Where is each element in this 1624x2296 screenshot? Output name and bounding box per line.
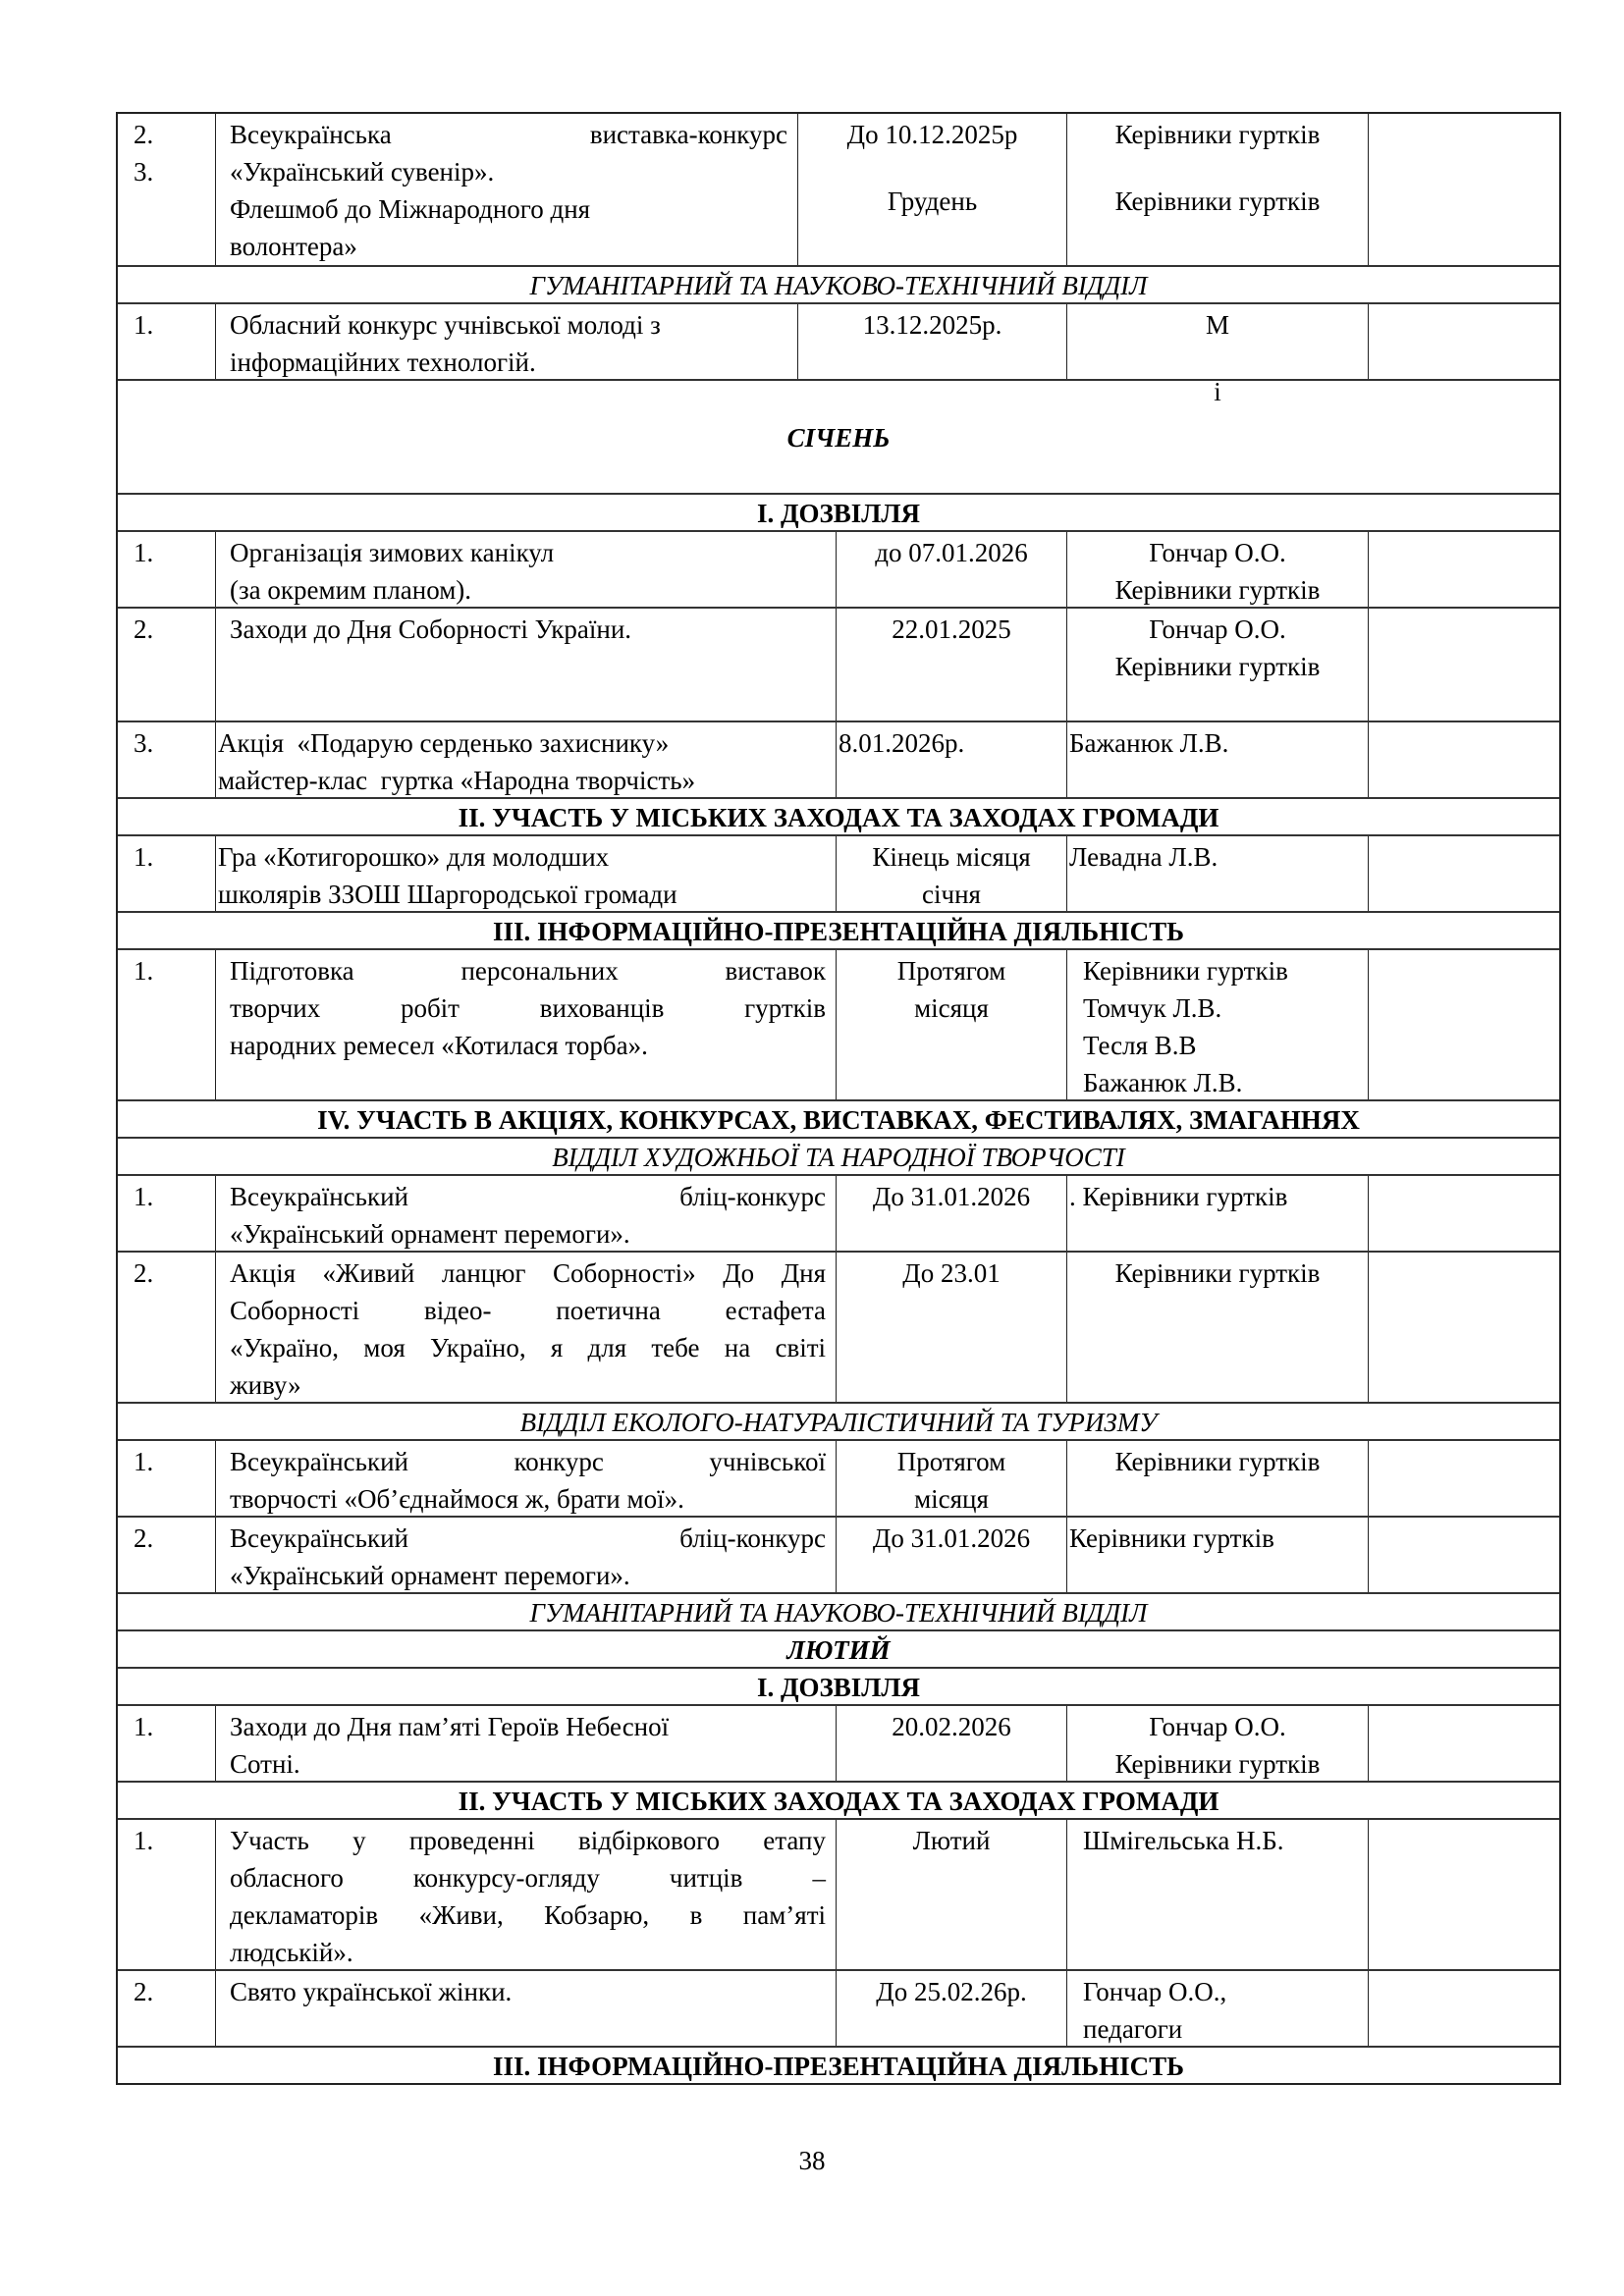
row-number: 1. <box>118 1706 216 1781</box>
spacer <box>798 153 1066 183</box>
row-number: 1. <box>118 950 216 1099</box>
description-line: (за окремим планом). <box>230 571 826 609</box>
responsible-line: Керівники гуртків <box>1067 1745 1368 1783</box>
responsible-line: Шмігельська Н.Б. <box>1083 1822 1368 1859</box>
description-line: Соборності відео- поетична естафета <box>230 1292 826 1329</box>
table-row: 1.Гра «Котигорошко» для молодшихшколярів… <box>118 834 1559 911</box>
description-line: «Україно, моя Україно, я для тебе на сві… <box>230 1329 826 1366</box>
page-number: 38 <box>0 2146 1624 2176</box>
row-number: 2. <box>118 1253 216 1402</box>
section-heading: ІІ. УЧАСТЬ У МІСЬКИХ ЗАХОДАХ ТА ЗАХОДАХ … <box>118 797 1559 834</box>
responsible-person: Керівники гуртків <box>1067 1253 1369 1402</box>
responsible-person: . Керівники гуртків <box>1067 1176 1369 1251</box>
event-description: Акція «Подарую серденько захиснику»майст… <box>216 722 837 797</box>
row-number: 1. <box>118 1820 216 1969</box>
date-line: Протягом <box>837 1443 1066 1480</box>
event-description: Організація зимових канікул(за окремим п… <box>216 532 837 607</box>
department-heading: ГУМАНІТАРНИЙ ТА НАУКОВО-ТЕХНІЧНИЙ ВІДДІЛ <box>118 1592 1559 1629</box>
description-line: Організація зимових канікул <box>230 534 826 571</box>
date-line: Кінець місяця <box>837 838 1066 876</box>
responsible-person: Левадна Л.В. <box>1067 836 1369 911</box>
description-line: «Український орнамент перемоги». <box>230 1215 826 1253</box>
responsible-person: Керівники гуртків <box>1067 1518 1369 1592</box>
row-number: 2. <box>118 1971 216 2046</box>
table-row: 1.Всеукраїнський конкурс учнівськоїтворч… <box>118 1439 1559 1516</box>
notes-cell <box>1369 836 1559 911</box>
event-date: До 31.01.2026 <box>837 1176 1067 1251</box>
responsible-person: Гончар О.О.Керівники гуртків <box>1067 609 1369 721</box>
description-line: волонтера» <box>230 228 787 265</box>
event-date: Лютий <box>837 1820 1067 1969</box>
responsible-line: Керівники гуртків <box>1067 116 1368 153</box>
description-line: декламаторів «Живи, Кобзарю, в пам’яті <box>230 1896 826 1934</box>
description-line: Заходи до Дня Соборності України. <box>230 611 826 648</box>
responsible-line: Керівники гуртків <box>1069 1520 1368 1557</box>
table-row: 1.Участь у проведенні відбіркового етапу… <box>118 1818 1559 1969</box>
description-line: «Український сувенір». <box>230 153 787 190</box>
row-number: 1. <box>118 532 216 607</box>
responsible-line: Гончар О.О., <box>1083 1973 1368 2010</box>
responsible-person: Керівники гуртків <box>1067 1441 1369 1516</box>
row-number: 1. <box>118 304 216 379</box>
description-line: Акція «Подарую серденько захиснику» <box>218 724 826 762</box>
event-date: 8.01.2026р. <box>837 722 1067 797</box>
description-line: народних ремесел «Котилася торба». <box>230 1027 826 1064</box>
event-date: 13.12.2025р. <box>798 304 1067 379</box>
responsible-person: Керівники гуртків Керівники гуртків <box>1067 114 1369 265</box>
section-heading: IV. УЧАСТЬ В АКЦІЯХ, КОНКУРСАХ, ВИСТАВКА… <box>118 1099 1559 1137</box>
description-line: інформаційних технологій. <box>230 344 787 381</box>
description-line: «Український орнамент перемоги». <box>230 1557 826 1594</box>
description-line: Акція «Живий ланцюг Соборності» До Дня <box>230 1255 826 1292</box>
description-line: майстер-клас гуртка «Народна творчість» <box>218 762 826 799</box>
event-description: Підготовка персональних виставоктворчих … <box>216 950 837 1099</box>
table-row: 2.Всеукраїнський бліц-конкурс«Українськи… <box>118 1516 1559 1592</box>
month-heading: СІЧЕНЬ <box>118 379 1559 493</box>
description-line: Свято української жінки. <box>230 1973 826 2010</box>
notes-cell <box>1369 722 1559 797</box>
description-line: обласного конкурсу-огляду читців – <box>230 1859 826 1896</box>
description-line: Флешмоб до Міжнародного дня <box>230 190 787 228</box>
event-description: Обласний конкурс учнівської молоді зінфо… <box>216 304 798 379</box>
event-description: Акція «Живий ланцюг Соборності» До ДняСо… <box>216 1253 837 1402</box>
row-number: 1. <box>118 1176 216 1251</box>
description-line: Сотні. <box>230 1745 826 1783</box>
event-description: Свято української жінки. <box>216 1971 837 2046</box>
notes-cell <box>1369 1971 1559 2046</box>
responsible-line: Керівники гуртків <box>1067 183 1368 220</box>
description-line: школярів ЗЗОШ Шаргородської громади <box>218 876 826 913</box>
responsible-person: Гончар О.О.Керівники гуртків <box>1067 1706 1369 1781</box>
row-number-text: 2. <box>134 116 215 153</box>
responsible-line: . Керівники гуртків <box>1069 1178 1368 1215</box>
responsible-line: Бажанюк Л.В. <box>1069 724 1368 762</box>
notes-cell <box>1369 532 1559 607</box>
row-number: 2.3. <box>118 114 216 265</box>
responsible-line: Левадна Л.В. <box>1069 838 1368 876</box>
responsible-line: Тесля В.В <box>1083 1027 1368 1064</box>
description-line: живу» <box>230 1366 826 1404</box>
event-description: Всеукраїнський бліц-конкурс«Український … <box>216 1176 837 1251</box>
date-line: До 10.12.2025р <box>798 116 1066 153</box>
row-number: 3. <box>118 722 216 797</box>
responsible-line: педагоги <box>1083 2010 1368 2048</box>
date-line: січня <box>837 876 1066 913</box>
row-number: 2. <box>118 609 216 721</box>
responsible-line: Керівники гуртків <box>1067 648 1368 685</box>
event-description: Участь у проведенні відбіркового етапуоб… <box>216 1820 837 1969</box>
section-heading: І. ДОЗВІЛЛЯ <box>118 493 1559 530</box>
responsible-person: Гончар О.О.Керівники гуртків <box>1067 532 1369 607</box>
description-line: Всеукраїнський конкурс учнівської <box>230 1443 826 1480</box>
document-page: 2.3.Всеукраїнська виставка-конкурс«Украї… <box>0 0 1624 2296</box>
table-row: 1.Всеукраїнський бліц-конкурс«Українськи… <box>118 1174 1559 1251</box>
notes-cell <box>1369 1176 1559 1251</box>
event-date: Протягоммісяця <box>837 950 1067 1099</box>
responsible-line: Керівники гуртків <box>1083 952 1368 989</box>
table-row: 1.Організація зимових канікул(за окремим… <box>118 530 1559 607</box>
description-line: Заходи до Дня пам’яті Героїв Небесної <box>230 1708 826 1745</box>
event-date: Протягоммісяця <box>837 1441 1067 1516</box>
row-number-text: 3. <box>134 153 215 190</box>
date-line: Грудень <box>798 183 1066 220</box>
table-row: 1.Підготовка персональних виставоктворчи… <box>118 948 1559 1099</box>
event-date: До 23.01 <box>837 1253 1067 1402</box>
description-line: Обласний конкурс учнівської молоді з <box>230 306 787 344</box>
notes-cell <box>1369 1706 1559 1781</box>
description-line: Гра «Котигорошко» для молодших <box>218 838 826 876</box>
description-line: творчих робіт вихованців гуртків <box>230 989 826 1027</box>
plan-table: 2.3.Всеукраїнська виставка-конкурс«Украї… <box>116 112 1561 2085</box>
month-heading: ЛЮТИЙ <box>118 1629 1559 1667</box>
event-date: Кінець місяцясічня <box>837 836 1067 911</box>
table-row: 3.Акція «Подарую серденько захиснику»май… <box>118 721 1559 797</box>
spacer <box>1067 344 1368 373</box>
event-description: Заходи до Дня Соборності України. <box>216 609 837 721</box>
notes-cell <box>1369 1253 1559 1402</box>
department-heading: ВІДДІЛ ХУДОЖНЬОЇ ТА НАРОДНОЇ ТВОРЧОСТІ <box>118 1137 1559 1174</box>
row-number: 2. <box>118 1518 216 1592</box>
section-heading: ІІ. УЧАСТЬ У МІСЬКИХ ЗАХОДАХ ТА ЗАХОДАХ … <box>118 1781 1559 1818</box>
spacer <box>1067 153 1368 183</box>
responsible-person: Бажанюк Л.В. <box>1067 722 1369 797</box>
event-description: Гра «Котигорошко» для молодшихшколярів З… <box>216 836 837 911</box>
responsible-person: Шмігельська Н.Б. <box>1067 1820 1369 1969</box>
row-number: 1. <box>118 836 216 911</box>
event-description: Заходи до Дня пам’яті Героїв НебесноїСот… <box>216 1706 837 1781</box>
notes-cell <box>1369 1441 1559 1516</box>
event-date: 20.02.2026 <box>837 1706 1067 1781</box>
description-line: Всеукраїнська виставка-конкурс <box>230 116 787 153</box>
event-date: До 31.01.2026 <box>837 1518 1067 1592</box>
responsible-line: Керівники гуртків <box>1067 571 1368 609</box>
section-heading: ІІІ. ІНФОРМАЦІЙНО-ПРЕЗЕНТАЦІЙНА ДІЯЛЬНІС… <box>118 2046 1559 2083</box>
responsible-person: М і <box>1067 304 1369 379</box>
description-line: Підготовка персональних виставок <box>230 952 826 989</box>
responsible-line: Керівники гуртків <box>1067 1443 1368 1480</box>
date-line: місяця <box>837 989 1066 1027</box>
table-row: 2.Акція «Живий ланцюг Соборності» До Дня… <box>118 1251 1559 1402</box>
event-description: Всеукраїнський конкурс учнівськоїтворчос… <box>216 1441 837 1516</box>
description-line: людській». <box>230 1934 826 1971</box>
description-line: творчості «Об’єднаймося ж, брати мої». <box>230 1480 826 1518</box>
responsible-line: М <box>1067 306 1368 344</box>
notes-cell <box>1369 304 1559 379</box>
department-heading: ВІДДІЛ ЕКОЛОГО-НАТУРАЛІСТИЧНИЙ ТА ТУРИЗМ… <box>118 1402 1559 1439</box>
table-row: 1.Заходи до Дня пам’яті Героїв НебесноїС… <box>118 1704 1559 1781</box>
section-heading: ІІІ. ІНФОРМАЦІЙНО-ПРЕЗЕНТАЦІЙНА ДІЯЛЬНІС… <box>118 911 1559 948</box>
responsible-person: Керівники гуртківТомчук Л.В.Тесля В.ВБаж… <box>1067 950 1369 1099</box>
event-description: Всеукраїнська виставка-конкурс«Українськ… <box>216 114 798 265</box>
notes-cell <box>1369 950 1559 1099</box>
event-date: до 07.01.2026 <box>837 532 1067 607</box>
responsible-line: Гончар О.О. <box>1067 611 1368 648</box>
table-row: 2.Свято української жінки.До 25.02.26р.Г… <box>118 1969 1559 2046</box>
event-date: До 10.12.2025р Грудень <box>798 114 1067 265</box>
table-row: 2.3.Всеукраїнська виставка-конкурс«Украї… <box>118 114 1559 265</box>
event-description: Всеукраїнський бліц-конкурс«Український … <box>216 1518 837 1592</box>
description-line: Участь у проведенні відбіркового етапу <box>230 1822 826 1859</box>
notes-cell <box>1369 1518 1559 1592</box>
responsible-line: Гончар О.О. <box>1067 534 1368 571</box>
row-number: 1. <box>118 1441 216 1516</box>
notes-cell <box>1369 609 1559 721</box>
event-date: 22.01.2025 <box>837 609 1067 721</box>
table-row: 1.Обласний конкурс учнівської молоді зін… <box>118 302 1559 379</box>
table-row: 2.Заходи до Дня Соборності України.22.01… <box>118 607 1559 721</box>
event-date: До 25.02.26р. <box>837 1971 1067 2046</box>
responsible-line: Томчук Л.В. <box>1083 989 1368 1027</box>
notes-cell <box>1369 1820 1559 1969</box>
department-heading: ГУМАНІТАРНИЙ ТА НАУКОВО-ТЕХНІЧНИЙ ВІДДІЛ <box>118 265 1559 302</box>
description-line: Всеукраїнський бліц-конкурс <box>230 1520 826 1557</box>
responsible-line: Керівники гуртків <box>1067 1255 1368 1292</box>
notes-cell <box>1369 114 1559 265</box>
date-line: Протягом <box>837 952 1066 989</box>
date-line: місяця <box>837 1480 1066 1518</box>
description-line: Всеукраїнський бліц-конкурс <box>230 1178 826 1215</box>
responsible-line: Бажанюк Л.В. <box>1083 1064 1368 1101</box>
responsible-line: Гончар О.О. <box>1067 1708 1368 1745</box>
responsible-person: Гончар О.О.,педагоги <box>1067 1971 1369 2046</box>
section-heading: І. ДОЗВІЛЛЯ <box>118 1667 1559 1704</box>
